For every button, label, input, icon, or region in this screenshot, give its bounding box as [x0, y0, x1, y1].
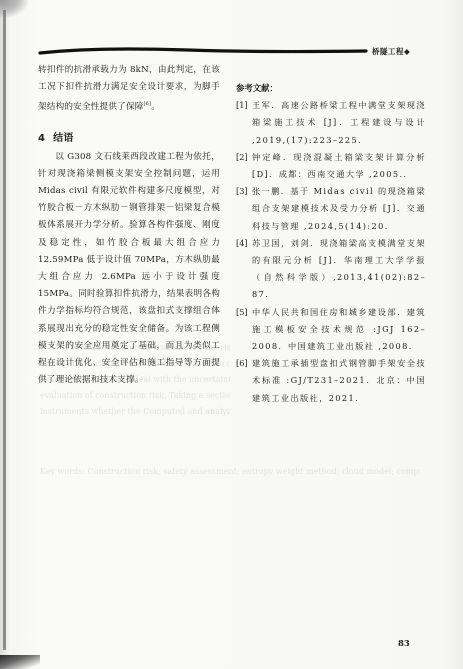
reference-item: [1] 王军．高速公路桥梁工程中满堂支架现浇箱梁施工技术 [J]．工程建设与设计… — [236, 97, 426, 149]
reference-text: 建筑施工承插型盘扣式钢管脚手架安全技术标准 :GJ/T231–2021．北京：中… — [252, 355, 426, 407]
bleed-through-line: Key words: Construction risk; safety ass… — [40, 464, 420, 480]
continuation-end: 。 — [151, 102, 160, 112]
reference-index: [2] — [236, 149, 252, 183]
running-head: 桥隧工程◆ — [372, 46, 410, 57]
section-number: 4 — [38, 133, 45, 144]
binding-edge — [3, 10, 6, 650]
references-title: 参考文献： — [236, 80, 426, 97]
reference-item: [5] 中华人民共和国住房和城乡建设部．建筑施工模板安全技术规范 :JGJ 16… — [236, 304, 426, 356]
reference-item: [3] 张一鹏．基于 Midas civil 的现浇箱梁组合支架建模技术及受力分… — [236, 183, 426, 235]
reference-index: [5] — [236, 304, 252, 356]
reference-item: [4] 苏卫国，刘剑．现浇箱梁高支模满堂支架的有限元分析 [J]．华南理工大学学… — [236, 235, 426, 304]
continuation-text: 转扣件的抗滑承载力为 8kN，由此判定，在该工况下扣件抗滑力满足安全设计要求，为… — [38, 65, 220, 112]
reference-text: 钟定峰．现浇混凝土箱梁支架计算分析 [D]．成都：西南交通大学 ,2005.. — [252, 149, 426, 183]
header-rule — [38, 47, 368, 53]
continuation-paragraph: 转扣件的抗滑承载力为 8kN，由此判定，在该工况下扣件抗滑力满足安全设计要求，为… — [38, 62, 220, 117]
bleed-through-line: evaluation of construction risk, Taking … — [40, 388, 230, 404]
page-number: 83 — [398, 639, 410, 649]
bleed-through-line: instruments whether the Computed and ana… — [40, 404, 230, 420]
reference-item: [6] 建筑施工承插型盘扣式钢管脚手架安全技术标准 :GJ/T231–2021．… — [236, 355, 426, 407]
conclusion-paragraph: 以 G308 文石线莱西段改建工程为依托，针对现浇箱梁侧模支架安全控制问题，运用… — [38, 149, 220, 390]
page-bottom-shadow — [0, 655, 40, 669]
scanned-page: bination method. By considering the risk… — [0, 0, 463, 669]
reference-index: [4] — [236, 235, 252, 304]
references-section: 参考文献： [1] 王军．高速公路桥梁工程中满堂支架现浇箱梁施工技术 [J]．工… — [236, 80, 426, 407]
reference-text: 王军．高速公路桥梁工程中满堂支架现浇箱梁施工技术 [J]．工程建设与设计 ,20… — [252, 97, 426, 149]
reference-text: 苏卫国，刘剑．现浇箱梁高支模满堂支架的有限元分析 [J]．华南理工大学学报（自然… — [252, 235, 426, 304]
left-column: 转扣件的抗滑承载力为 8kN，由此判定，在该工况下扣件抗滑力满足安全设计要求，为… — [38, 62, 220, 389]
reference-item: [2] 钟定峰．现浇混凝土箱梁支架计算分析 [D]．成都：西南交通大学 ,200… — [236, 149, 426, 183]
reference-index: [3] — [236, 183, 252, 235]
reference-index: [6] — [236, 355, 252, 407]
section-title: 结语 — [53, 133, 73, 144]
reference-index: [1] — [236, 97, 252, 149]
reference-text: 张一鹏．基于 Midas civil 的现浇箱梁组合支架建模技术及受力分析 [J… — [252, 183, 426, 235]
reference-text: 中华人民共和国住房和城乡建设部．建筑施工模板安全技术规范 :JGJ 162–20… — [252, 304, 426, 356]
section-heading: 4结语 — [38, 131, 220, 147]
